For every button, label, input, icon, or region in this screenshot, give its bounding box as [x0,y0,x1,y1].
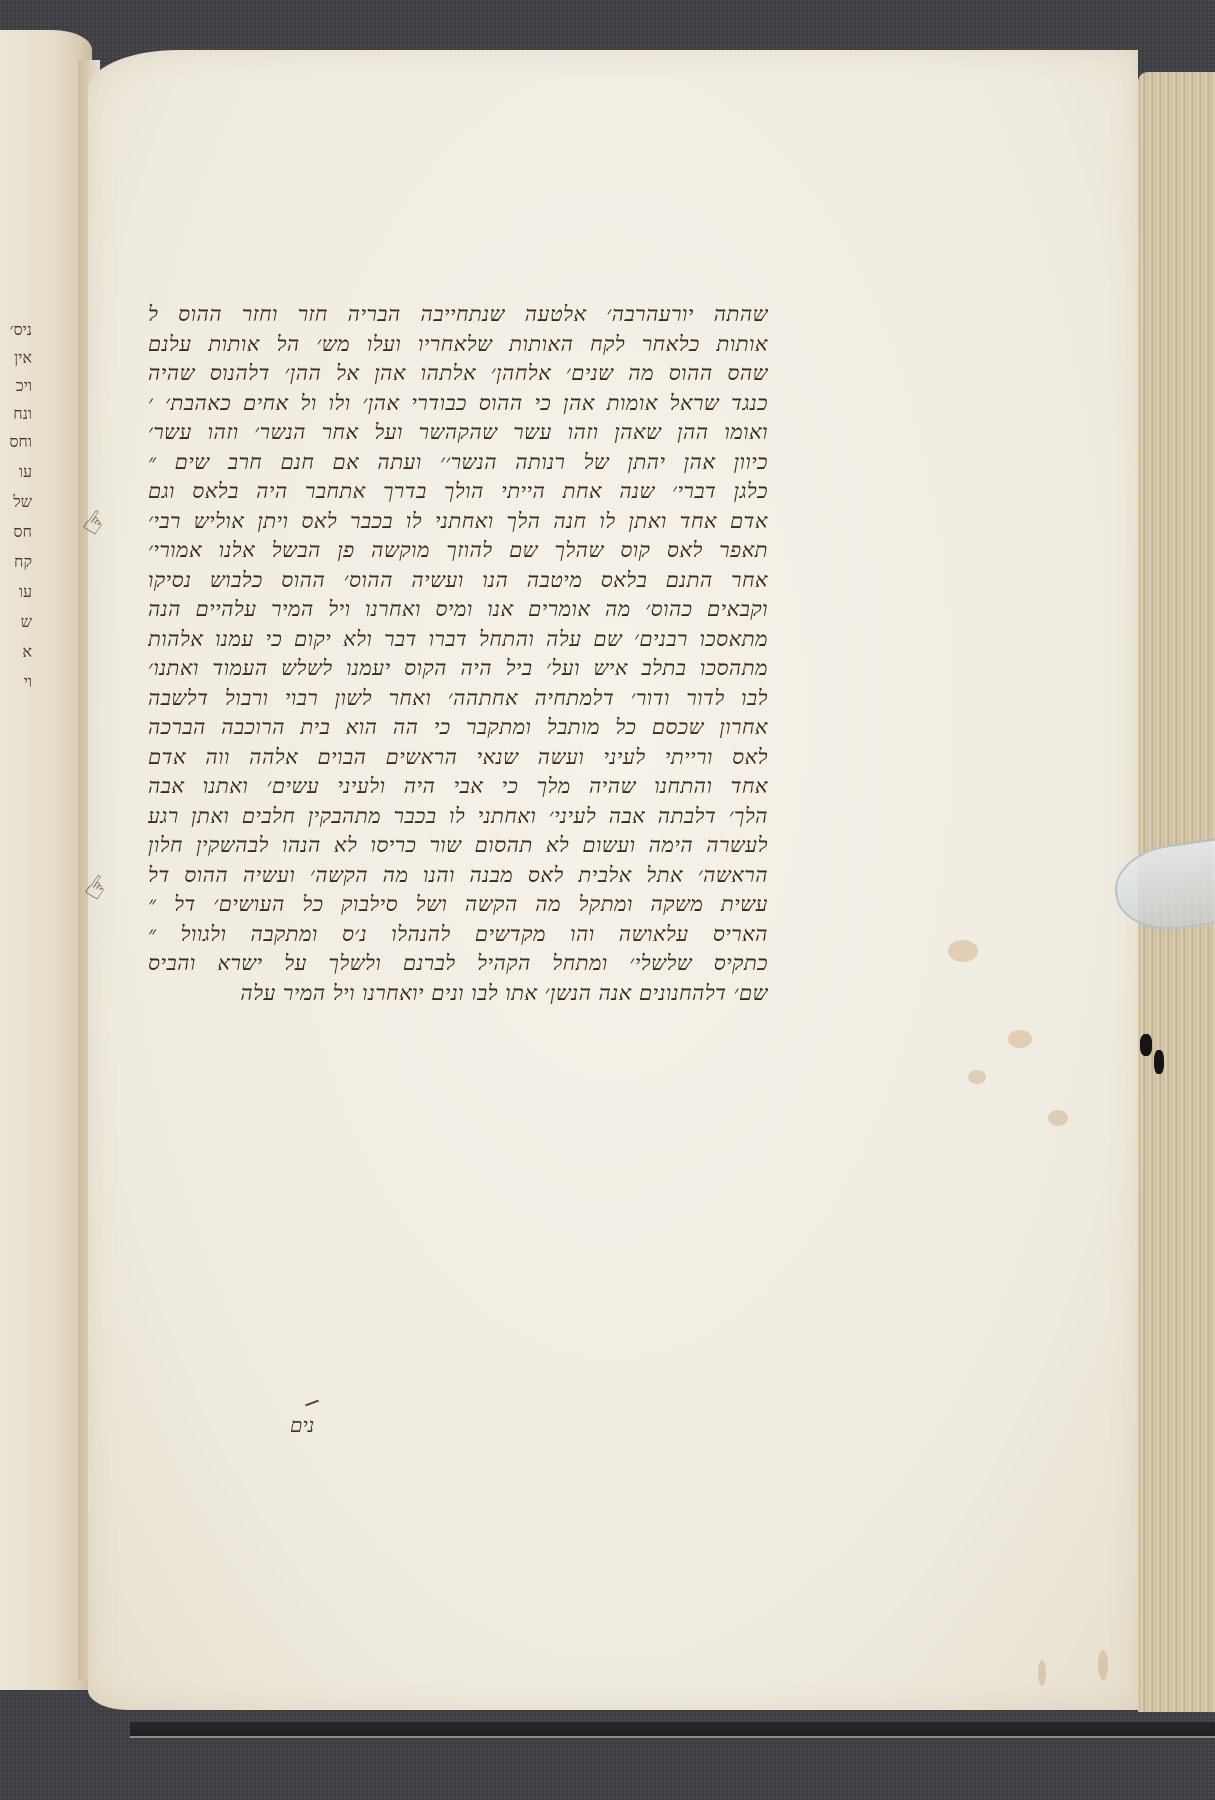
text-line: אותות כלאחר לקח האותות שלאחריו ועלו מש׳ … [148,330,768,360]
catchword: נים [290,1413,314,1438]
text-line: אחרון שכסם כל מותבל ומתקבר כי הה הוא בית… [148,713,768,743]
text-line: אחד והתחנו שהיה מלך כי אבי היה ולעיני עש… [148,772,768,802]
text-line: וקבאים כהוס׳ מה אומרים אנו ומיס ואחרנו ו… [148,595,768,625]
text-line: עשית משקה ומתקל מה הקשה ושל סילבוק כל הע… [148,890,768,920]
text-line: האריס עלאושה והו מקדשים להנהלו נ׳ס ומתקב… [148,920,768,950]
left-page-fragment: עו [2,462,32,482]
left-page-fragment: חס [2,522,32,542]
foxing-stain [948,940,978,962]
foxing-stain [1038,1660,1046,1686]
left-page-fragment: אין [2,348,32,368]
text-line: כתקיס שלשלי׳ ומתחל הקהיל לברנם ולשלך על … [148,949,768,979]
text-line: שהתה יורעהרבה׳ אלטעה שנתחייבה הבריה חזר … [148,300,768,330]
left-page-fragment: ש [2,612,32,632]
left-page-fragment: ניס׳ [2,320,32,340]
foxing-stain [1008,1030,1032,1048]
main-text-block: שהתה יורעהרבה׳ אלטעה שנתחייבה הבריה חזר … [148,300,768,1008]
left-page-fragment: קח [2,552,32,572]
text-line: הראשה׳ אתל אלבית לאס מבנה והנו מה הקשה׳ … [148,861,768,891]
left-page-fragment: של [2,492,32,512]
text-line: שהס ההוס מה שנים׳ אלחהן׳ אלתהו אהן אל הה… [148,359,768,389]
text-line: מתאסכו רבנים׳ שם עלה והתחל דברו דבר ולא … [148,625,768,655]
left-page-fragment: א [2,642,32,662]
text-line: לבו לדור ודור׳ דלמתחיה אחתהה׳ ואחר לשון … [148,684,768,714]
text-line: לעשרה הימה ועשום לא תהסום שור כריסו לא ה… [148,831,768,861]
text-line: אחר התנם בלאס מיטבה הנו ועשיה ההוס׳ ההוס… [148,566,768,596]
text-line: תאפר לאס קוס שהלך שם להוזך מוקשה פן הבשל… [148,536,768,566]
left-page-fragment: וחס [2,432,32,452]
text-line: ואומו ההן שאהן וזהו עשר שהקהשר ועל אחר ה… [148,418,768,448]
ink-blot [1154,1050,1164,1074]
foxing-stain [968,1070,986,1084]
left-page-fragment: ויכ [2,376,32,396]
left-page-fragment: עו [2,582,32,602]
text-line: הלך׳ דלבתה אבה לעיני׳ ואחתני לו בכבר מתה… [148,802,768,832]
foxing-stain [1048,1110,1068,1126]
left-page-fragment: וי [2,672,32,692]
text-line: כלגן דברי׳ שנה אחת הייתי הולך בדרך אתחבר… [148,477,768,507]
text-line: מתהסכו בתלב איש ועל׳ ביל היה הקוס יעמנו … [148,654,768,684]
binding-board-edge [130,1722,1215,1738]
ink-blot [1140,1034,1152,1056]
left-page-fragment: ונח [2,404,32,424]
text-line: לאס ורייתי לעיני ועשה שנאי הראשים הבוים … [148,743,768,773]
text-line: אדם אחד ואתן לו חנה הלך ואחתני לו בכבר ל… [148,507,768,537]
text-line: שם׳ דלהחנונים אנה הנשן׳ אתו לבו ונים יוא… [148,979,768,1009]
foxing-stain [1098,1650,1108,1680]
text-line: כנגד שראל אומות אהן כי ההוס כבודרי אהן׳ … [148,389,768,419]
text-line: כיוון אהן יהתן של רנותה הנשר׳׳ ועתה אם ח… [148,448,768,478]
